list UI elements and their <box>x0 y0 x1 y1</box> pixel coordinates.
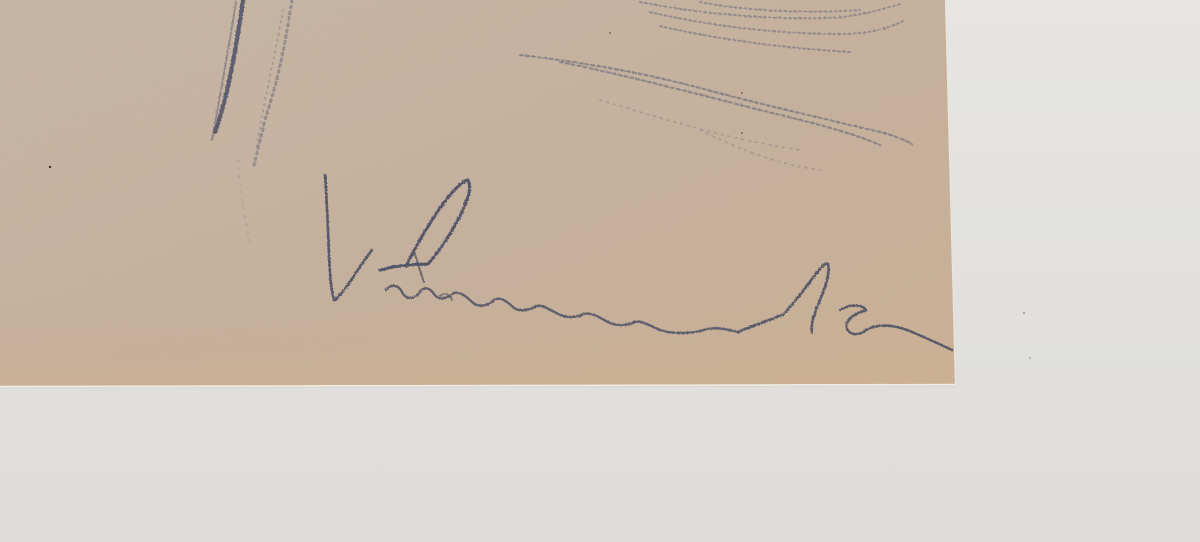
drawing <box>0 0 1200 542</box>
photo-scene: Vlaminck <box>0 0 1200 542</box>
